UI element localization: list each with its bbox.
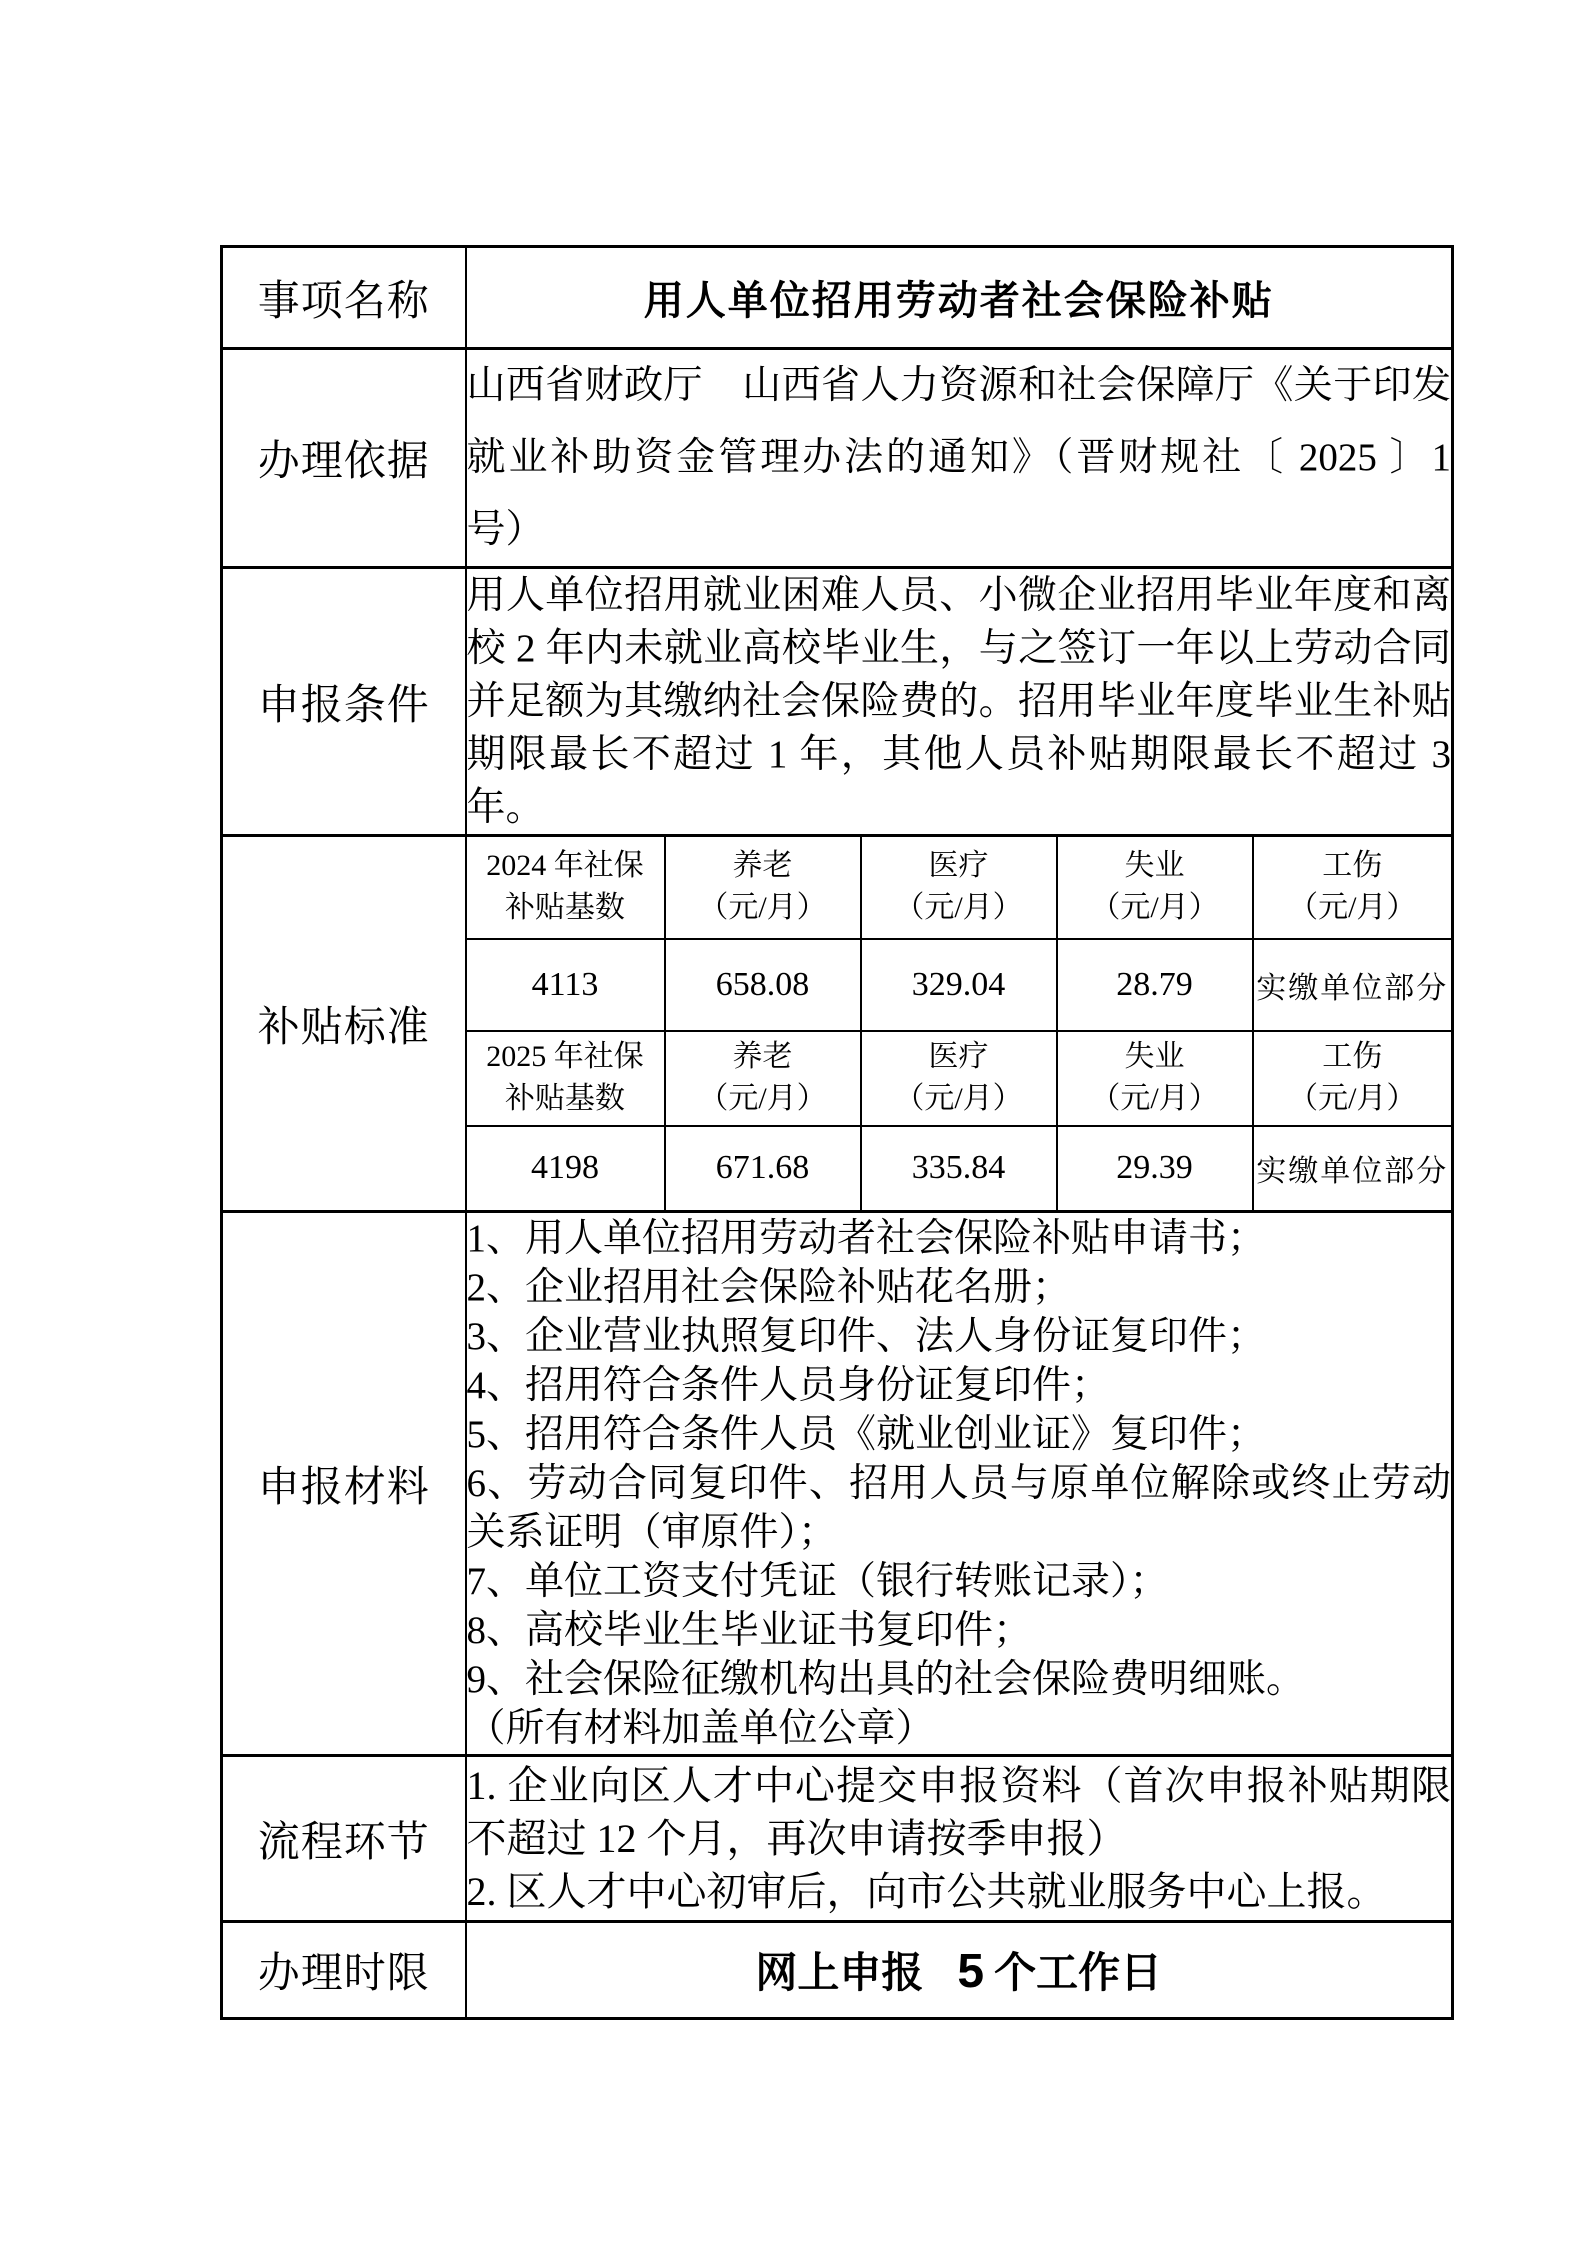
standard-2024-pension-value: 658.08 (665, 939, 861, 1031)
row-materials: 申报材料 1、用人单位招用劳动者社会保险补贴申请书； 2、企业招用社会保险补贴花… (222, 1212, 1453, 1756)
process-step-2: 2. 区人才中心初审后，向市公共就业服务中心上报。 (467, 1865, 1452, 1918)
standard-2025-injury-value: 实缴单位部分 (1253, 1126, 1453, 1212)
cat-unit: （元/月） (1254, 1078, 1452, 1120)
standard-2024-medical-value: 329.04 (861, 939, 1057, 1031)
standard-2024-base-header: 2024 年社保 补贴基数 (466, 836, 665, 939)
info-table: 事项名称 用人单位招用劳动者社会保险补贴 办理依据 山西省财政厅 山西省人力资源… (220, 245, 1454, 2020)
time-limit-label: 办理时限 (222, 1922, 466, 2019)
materials-item-5: 5、招用符合条件人员《就业创业证》复印件； (467, 1410, 1452, 1459)
document-page: 事项名称 用人单位招用劳动者社会保险补贴 办理依据 山西省财政厅 山西省人力资源… (0, 0, 1587, 2245)
standard-2025-cat-medical: 医疗 （元/月） (861, 1031, 1057, 1126)
standard-2025-cat-injury: 工伤 （元/月） (1253, 1031, 1453, 1126)
conditions-value: 用人单位招用就业困难人员、小微企业招用毕业年度和离校 2 年内未就业高校毕业生，… (466, 568, 1453, 836)
materials-label: 申报材料 (222, 1212, 466, 1756)
conditions-label: 申报条件 (222, 568, 466, 836)
process-step-1: 1. 企业向区人才中心提交申报资料（首次申报补贴期限不超过 12 个月，再次申请… (467, 1759, 1452, 1865)
time-limit-number: 5 (957, 1945, 984, 1998)
materials-note: （所有材料加盖单位公章） (467, 1704, 1452, 1753)
standard-2024-unemployment-value: 28.79 (1057, 939, 1253, 1031)
standard-2024-injury-value: 实缴单位部分 (1253, 939, 1453, 1031)
standard-2025-base-top: 2025 年社保 (467, 1036, 664, 1078)
cat-name: 工伤 (1254, 845, 1452, 887)
cat-unit: （元/月） (1058, 887, 1252, 929)
standard-2025-base-value: 4198 (466, 1126, 665, 1212)
row-standard-2024-header: 补贴标准 2024 年社保 补贴基数 养老 （元/月） 医疗 （元/月） 失业 … (222, 836, 1453, 939)
materials-item-7: 7、单位工资支付凭证（银行转账记录）； (467, 1557, 1452, 1606)
standard-2025-cat-unemployment: 失业 （元/月） (1057, 1031, 1253, 1126)
row-process: 流程环节 1. 企业向区人才中心提交申报资料（首次申报补贴期限不超过 12 个月… (222, 1756, 1453, 1922)
cat-name: 医疗 (862, 1036, 1056, 1078)
standard-2025-cat-pension: 养老 （元/月） (665, 1031, 861, 1126)
standard-2025-base-bottom: 补贴基数 (467, 1078, 664, 1120)
basis-label: 办理依据 (222, 349, 466, 568)
standard-2024-base-value: 4113 (466, 939, 665, 1031)
cat-name: 养老 (666, 845, 860, 887)
materials-list: 1、用人单位招用劳动者社会保险补贴申请书； 2、企业招用社会保险补贴花名册； 3… (466, 1212, 1453, 1756)
materials-item-2: 2、企业招用社会保险补贴花名册； (467, 1263, 1452, 1312)
cat-name: 失业 (1058, 845, 1252, 887)
time-limit-value: 网上申报5个工作日 (466, 1922, 1453, 2019)
cat-unit: （元/月） (666, 887, 860, 929)
process-list: 1. 企业向区人才中心提交申报资料（首次申报补贴期限不超过 12 个月，再次申请… (466, 1756, 1453, 1922)
row-time-limit: 办理时限 网上申报5个工作日 (222, 1922, 1453, 2019)
row-basis: 办理依据 山西省财政厅 山西省人力资源和社会保障厅《关于印发就业补助资金管理办法… (222, 349, 1453, 568)
cat-unit: （元/月） (1058, 1078, 1252, 1120)
standard-2024-base-bottom: 补贴基数 (467, 887, 664, 929)
materials-item-1: 1、用人单位招用劳动者社会保险补贴申请书； (467, 1214, 1452, 1263)
standard-label: 补贴标准 (222, 836, 466, 1212)
materials-item-8: 8、高校毕业生毕业证书复印件； (467, 1606, 1452, 1655)
cat-unit: （元/月） (1254, 887, 1452, 929)
item-name-label: 事项名称 (222, 247, 466, 349)
standard-2024-base-top: 2024 年社保 (467, 845, 664, 887)
item-name-value: 用人单位招用劳动者社会保险补贴 (466, 247, 1453, 349)
time-limit-prefix: 网上申报 (755, 1951, 923, 1997)
cat-unit: （元/月） (862, 1078, 1056, 1120)
standard-2024-cat-medical: 医疗 （元/月） (861, 836, 1057, 939)
cat-name: 失业 (1058, 1036, 1252, 1078)
cat-name: 养老 (666, 1036, 860, 1078)
cat-name: 医疗 (862, 845, 1056, 887)
materials-item-3: 3、企业营业执照复印件、法人身份证复印件； (467, 1312, 1452, 1361)
row-conditions: 申报条件 用人单位招用就业困难人员、小微企业招用毕业年度和离校 2 年内未就业高… (222, 568, 1453, 836)
materials-item-6: 6、劳动合同复印件、招用人员与原单位解除或终止劳动关系证明（审原件）； (467, 1459, 1452, 1557)
cat-unit: （元/月） (666, 1078, 860, 1120)
materials-item-9: 9、社会保险征缴机构出具的社会保险费明细账。 (467, 1655, 1452, 1704)
standard-2025-unemployment-value: 29.39 (1057, 1126, 1253, 1212)
row-item-name: 事项名称 用人单位招用劳动者社会保险补贴 (222, 247, 1453, 349)
standard-2024-cat-unemployment: 失业 （元/月） (1057, 836, 1253, 939)
standard-2024-cat-pension: 养老 （元/月） (665, 836, 861, 939)
basis-value: 山西省财政厅 山西省人力资源和社会保障厅《关于印发就业补助资金管理办法的通知》（… (466, 349, 1453, 568)
standard-2025-base-header: 2025 年社保 补贴基数 (466, 1031, 665, 1126)
time-limit-suffix: 个工作日 (994, 1951, 1162, 1997)
materials-item-4: 4、招用符合条件人员身份证复印件； (467, 1361, 1452, 1410)
standard-2025-medical-value: 335.84 (861, 1126, 1057, 1212)
process-label: 流程环节 (222, 1756, 466, 1922)
standard-2024-cat-injury: 工伤 （元/月） (1253, 836, 1453, 939)
cat-name: 工伤 (1254, 1036, 1452, 1078)
cat-unit: （元/月） (862, 887, 1056, 929)
standard-2025-pension-value: 671.68 (665, 1126, 861, 1212)
